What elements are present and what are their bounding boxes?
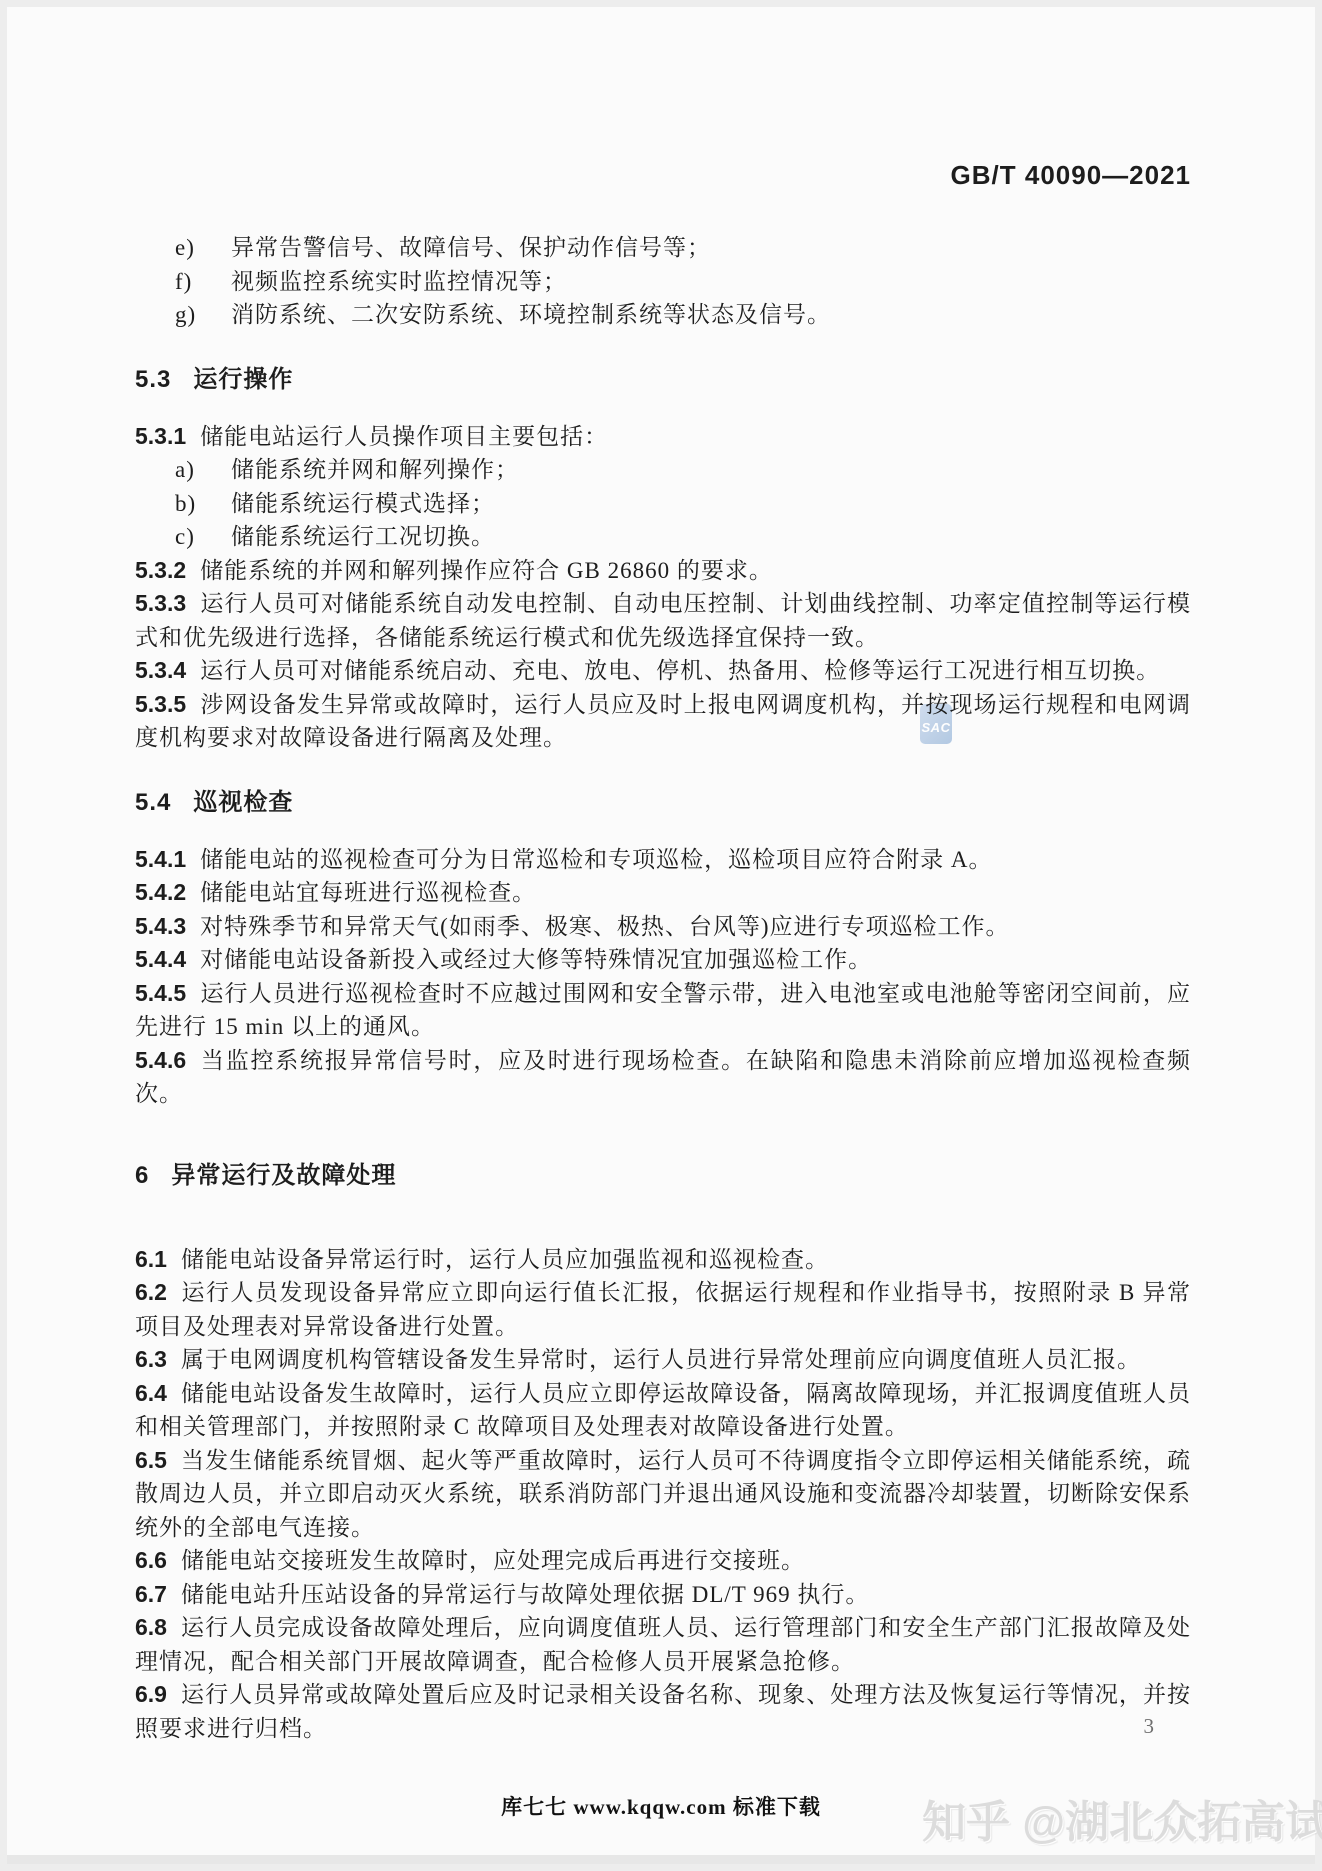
clause-number: 6.3 [135,1346,167,1372]
list-item-letter: b) [135,487,231,521]
clause-paragraph: 5.4.4对储能电站设备新投入或经过大修等特殊情况宜加强巡检工作。 [135,943,1191,977]
clause-paragraph: 6.2运行人员发现设备异常应立即向运行值长汇报，依据运行规程和作业指导书，按照附… [135,1276,1191,1343]
clause-paragraph: 6.8运行人员完成设备故障处理后，应向调度值班人员、运行管理部门和安全生产部门汇… [135,1611,1191,1678]
clause-text: 运行人员完成设备故障处理后，应向调度值班人员、运行管理部门和安全生产部门汇报故障… [135,1615,1191,1674]
clause-text: 储能系统的并网和解列操作应符合 GB 26860 的要求。 [200,558,773,583]
section-heading: 5.4巡视检查 [135,788,1191,818]
list-item-letter: g) [135,298,231,332]
list-item-letter: f) [135,265,231,299]
clause-paragraph: 5.4.3对特殊季节和异常天气(如雨季、极寒、极热、台风等)应进行专项巡检工作。 [135,910,1191,944]
section-heading-number: 6 [135,1162,149,1189]
clause-paragraph: 5.3.4运行人员可对储能系统启动、充电、放电、停机、热备用、检修等运行工况进行… [135,654,1191,688]
clause-text: 当发生储能系统冒烟、起火等严重故障时，运行人员可不待调度指令立即停运相关储能系统… [135,1448,1191,1540]
clause-text: 储能电站交接班发生故障时，应处理完成后再进行交接班。 [181,1548,805,1573]
clause-number: 5.4.3 [135,913,186,939]
list-item-text: 消防系统、二次安防系统、环境控制系统等状态及信号。 [231,298,1191,332]
clause-text: 当监控系统报异常信号时，应及时进行现场检查。在缺陷和隐患未消除前应增加巡视检查频… [135,1048,1191,1107]
clause-paragraph: 6.7储能电站升压站设备的异常运行与故障处理依据 DL/T 969 执行。 [135,1578,1191,1612]
section-heading-number: 5.3 [135,366,171,393]
list-item-text: 储能系统运行工况切换。 [231,520,1191,554]
clause-number: 6.4 [135,1380,167,1406]
clause-text: 储能电站运行人员操作项目主要包括： [200,424,608,449]
clause-paragraph: 5.4.6当监控系统报异常信号时，应及时进行现场检查。在缺陷和隐患未消除前应增加… [135,1044,1191,1111]
clause-text: 储能电站设备发生故障时，运行人员应立即停运故障设备，隔离故障现场，并汇报调度值班… [135,1381,1191,1440]
clause-text: 运行人员进行巡视检查时不应越过围网和安全警示带，进入电池室或电池舱等密闭空间前，… [135,981,1191,1040]
clause-text: 运行人员可对储能系统自动发电控制、自动电压控制、计划曲线控制、功率定值控制等运行… [135,591,1191,650]
list-item-letter: a) [135,453,231,487]
clause-paragraph: 6.5当发生储能系统冒烟、起火等严重故障时，运行人员可不待调度指令立即停运相关储… [135,1444,1191,1545]
clause-text: 属于电网调度机构管辖设备发生异常时，运行人员进行异常处理前应向调度值班人员汇报。 [181,1347,1141,1372]
lettered-list-item: b)储能系统运行模式选择； [135,487,1191,521]
section-heading-number: 5.4 [135,789,171,816]
clause-text: 储能电站的巡视检查可分为日常巡检和专项巡检，巡检项目应符合附录 A。 [200,847,992,872]
clause-text: 储能电站设备异常运行时，运行人员应加强监视和巡视检查。 [181,1247,829,1272]
clause-number: 6.2 [135,1279,167,1305]
standard-number-header: GB/T 40090—2021 [135,160,1191,191]
section-heading-title: 巡视检查 [193,789,293,816]
clause-number: 5.4.1 [135,846,186,872]
clause-text: 储能电站升压站设备的异常运行与故障处理依据 DL/T 969 执行。 [181,1582,869,1607]
clause-number: 5.3.5 [135,691,186,717]
lettered-list-item: c)储能系统运行工况切换。 [135,520,1191,554]
clause-number: 6.7 [135,1581,167,1607]
list-item-text: 异常告警信号、故障信号、保护动作信号等； [231,231,1191,265]
standard-document-page: SAC GB/T 40090—2021 e)异常告警信号、故障信号、保护动作信号… [0,0,1322,1871]
clause-paragraph: 5.4.2储能电站宜每班进行巡视检查。 [135,876,1191,910]
clause-paragraph: 5.3.3运行人员可对储能系统自动发电控制、自动电压控制、计划曲线控制、功率定值… [135,587,1191,654]
clause-text: 运行人员发现设备异常应立即向运行值长汇报，依据运行规程和作业指导书，按照附录 B… [135,1280,1191,1339]
list-item-letter: c) [135,520,231,554]
list-item-text: 储能系统并网和解列操作； [231,453,1191,487]
clause-paragraph: 6.3属于电网调度机构管辖设备发生异常时，运行人员进行异常处理前应向调度值班人员… [135,1343,1191,1377]
clause-number: 5.3.4 [135,657,186,683]
clause-paragraph: 6.6储能电站交接班发生故障时，应处理完成后再进行交接班。 [135,1544,1191,1578]
clause-number: 5.3.2 [135,557,186,583]
clause-number: 6.5 [135,1447,167,1473]
zhihu-watermark: 知乎 @湖北众拓高试 [922,1786,1322,1850]
clause-text: 运行人员可对储能系统启动、充电、放电、停机、热备用、检修等运行工况进行相互切换。 [200,658,1160,683]
clause-number: 5.4.5 [135,980,186,1006]
clause-paragraph: 5.3.2储能系统的并网和解列操作应符合 GB 26860 的要求。 [135,554,1191,588]
clause-number: 6.8 [135,1614,167,1640]
document-body: e)异常告警信号、故障信号、保护动作信号等；f)视频监控系统实时监控情况等；g)… [135,231,1191,1745]
clause-paragraph: 6.9运行人员异常或故障处置后应及时记录相关设备名称、现象、处理方法及恢复运行等… [135,1678,1191,1745]
clause-number: 5.3.1 [135,423,186,449]
clause-number: 5.4.4 [135,946,186,972]
page-number: 3 [1144,1714,1155,1739]
lettered-list-item: e)异常告警信号、故障信号、保护动作信号等； [135,231,1191,265]
clause-paragraph: 5.4.1储能电站的巡视检查可分为日常巡检和专项巡检，巡检项目应符合附录 A。 [135,843,1191,877]
clause-paragraph: 5.3.5涉网设备发生异常或故障时，运行人员应及时上报电网调度机构，并按现场运行… [135,688,1191,755]
page-content: GB/T 40090—2021 e)异常告警信号、故障信号、保护动作信号等；f)… [135,0,1191,1745]
clause-number: 5.4.2 [135,879,186,905]
clause-paragraph: 5.4.5运行人员进行巡视检查时不应越过围网和安全警示带，进入电池室或电池舱等密… [135,977,1191,1044]
lettered-list-item: g)消防系统、二次安防系统、环境控制系统等状态及信号。 [135,298,1191,332]
clause-paragraph: 5.3.1储能电站运行人员操作项目主要包括： [135,420,1191,454]
section-heading-title: 运行操作 [193,366,293,393]
list-item-text: 视频监控系统实时监控情况等； [231,265,1191,299]
lettered-list-item: f)视频监控系统实时监控情况等； [135,265,1191,299]
lettered-list-item: a)储能系统并网和解列操作； [135,453,1191,487]
clause-text: 对特殊季节和异常天气(如雨季、极寒、极热、台风等)应进行专项巡检工作。 [200,914,1009,939]
section-heading: 6异常运行及故障处理 [135,1161,1191,1191]
clause-number: 5.3.3 [135,590,186,616]
list-item-letter: e) [135,231,231,265]
clause-text: 运行人员异常或故障处置后应及时记录相关设备名称、现象、处理方法及恢复运行等情况，… [135,1682,1191,1741]
section-heading: 5.3运行操作 [135,365,1191,395]
section-heading-title: 异常运行及故障处理 [171,1162,396,1189]
clause-text: 对储能电站设备新投入或经过大修等特殊情况宜加强巡检工作。 [200,947,872,972]
clause-text: 储能电站宜每班进行巡视检查。 [200,880,536,905]
clause-paragraph: 6.1储能电站设备异常运行时，运行人员应加强监视和巡视检查。 [135,1243,1191,1277]
clause-number: 6.1 [135,1246,167,1272]
clause-number: 5.4.6 [135,1047,186,1073]
list-item-text: 储能系统运行模式选择； [231,487,1191,521]
clause-paragraph: 6.4储能电站设备发生故障时，运行人员应立即停运故障设备，隔离故障现场，并汇报调… [135,1377,1191,1444]
clause-number: 6.6 [135,1547,167,1573]
clause-text: 涉网设备发生异常或故障时，运行人员应及时上报电网调度机构，并按现场运行规程和电网… [135,692,1191,751]
clause-number: 6.9 [135,1681,167,1707]
